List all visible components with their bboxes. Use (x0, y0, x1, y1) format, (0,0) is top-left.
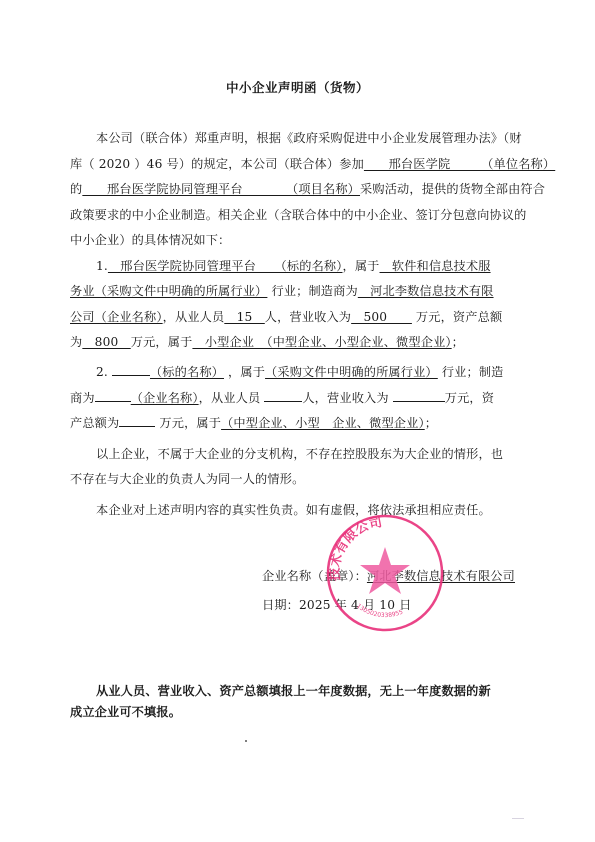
document-title: 中小企业声明函（货物） (0, 78, 595, 96)
item2-industry-suffix: 行业；制造 (442, 365, 504, 379)
item1-employees-value: 15 (224, 310, 264, 324)
item2-line3: 产总额为 万元，属于（中型企业、小型 企业、微型企业）； (70, 415, 526, 431)
date-label: 日期： (262, 598, 299, 612)
item1-assets-unit: 万元，属于 (131, 335, 193, 349)
item2-enterprise-type: （中型企业、小型 企业、微型企业） (221, 416, 425, 430)
note-line1: 从业人员、营业收入、资产总额填报上一年度数据，无上一年度数据的新 (70, 683, 552, 699)
item1-revenue-value: 500 (351, 310, 412, 324)
item2-belongs-label: ，属于 (228, 365, 265, 379)
item1-line1: 1. 邢台医学院协同管理平台 （标的名称），属于 软件和信息技术服 (70, 258, 552, 274)
item1-employees-unit: 人，营业收入为 (265, 310, 351, 324)
unit-name-field: 邢台医学院 （单位名称） (364, 157, 555, 171)
item2-manufacturer-blank (95, 390, 131, 402)
item1-line3: 公司（企业名称），从业人员 15 人，营业收入为 500 万元，资产总额 (70, 309, 526, 325)
para1-line5: 中小企业）的具体情况如下： (70, 232, 526, 248)
para2-line1: 以上企业，不属于大企业的分支机构，不存在控股股东为大企业的情形，也 (70, 446, 552, 462)
item1-industry-part2: 务业（采购文件中明确的所属行业） (70, 284, 267, 298)
item2-line2: 商为（企业名称），从业人员 人，营业收入为 万元，资 (70, 390, 526, 406)
item2-employees-blank (264, 390, 302, 402)
item2-employees-label: ，从业人员 (199, 391, 261, 405)
item1-assets-value: 800 (82, 335, 130, 349)
item1-enterprise-type: 小型企业 （中型企业、小型企业、微型企业） (192, 335, 451, 349)
item2-line1: 2. （标的名称） ，属于（采购文件中明确的所属行业） 行业；制造 (70, 364, 552, 380)
para1-line2-prefix: 库（ 2020 ）46 号）的规定，本公司（联合体）参加 (70, 157, 364, 171)
item2-assets-label: 产总额为 (70, 416, 119, 430)
item1-manufacturer-part2: 公司（企业名称） (70, 310, 163, 324)
note-line2: 成立企业可不填报。 (70, 704, 526, 720)
para3: 本企业对上述声明内容的真实性负责。如有虚假，将依法承担相应责任。 (70, 502, 552, 518)
item1-industry-suffix: 行业；制造商为 (271, 284, 357, 298)
item2-number: 2. (96, 365, 108, 379)
svg-text:1305020338955: 1305020338955 (355, 603, 404, 620)
item2-industry: （采购文件中明确的所属行业） (265, 365, 438, 379)
item2-assets-unit: 万元，属于 (159, 416, 221, 430)
para2-line2: 不存在与大企业的负责人为同一人的情形。 (70, 471, 526, 487)
item1-employees-label: ，从业人员 (163, 310, 225, 324)
para1-line4: 政策要求的中小企业制造。相关企业（含联合体中的中小企业、签订分包意向协议的 (70, 207, 526, 223)
item1-assets-label: 为 (70, 335, 82, 349)
para1-line3: 的 邢台医学院协同管理平台 （项目名称）采购活动，提供的货物全部由符合 (70, 181, 526, 197)
item2-revenue-blank (393, 390, 445, 402)
para1-line3-suffix: 采购活动，提供的货物全部由符合 (360, 182, 545, 196)
item1-belongs-label: ，属于 (343, 259, 380, 273)
item2-assets-blank (119, 415, 155, 427)
item2-subject-name: （标的名称） (150, 365, 224, 379)
item1-manufacturer-part1: 河北李数信息技术有限 (358, 284, 494, 298)
item1-revenue-unit: 万元，资产总额 (416, 310, 502, 324)
company-seal-icon: 技术有限公司 1305020338955 (325, 513, 445, 633)
para1-line2: 库（ 2020 ）46 号）的规定，本公司（联合体）参加 邢台医学院 （单位名称… (70, 156, 526, 172)
item2-subject-blank (112, 364, 150, 376)
scan-artifact-dot (245, 740, 247, 742)
item2-manufacturer: （企业名称） (131, 391, 199, 405)
item2-end: ； (425, 416, 437, 430)
scan-artifact-mark (512, 818, 524, 819)
para1-line1: 本公司（联合体）郑重声明，根据《政府采购促进中小企业发展管理办法》（财 (70, 130, 552, 146)
item1-line2: 务业（采购文件中明确的所属行业） 行业；制造商为 河北李数信息技术有限 (70, 283, 526, 299)
item1-end: ； (452, 335, 464, 349)
item2-revenue-unit: 万元，资 (445, 391, 494, 405)
item2-manufacturer-label: 商为 (70, 391, 95, 405)
document-page: 中小企业声明函（货物） 本公司（联合体）郑重声明，根据《政府采购促进中小企业发展… (0, 0, 595, 842)
item1-subject-name: 邢台医学院协同管理平台 （标的名称） (108, 259, 343, 273)
item1-industry-part1: 软件和信息技术服 (380, 259, 491, 273)
para1-line3-prefix: 的 (70, 182, 82, 196)
item2-employees-unit: 人，营业收入为 (302, 391, 388, 405)
project-name-field: 邢台医学院协同管理平台 （项目名称） (82, 182, 360, 196)
item1-line4: 为 800 万元，属于 小型企业 （中型企业、小型企业、微型企业）； (70, 334, 526, 350)
item1-number: 1. (96, 259, 108, 273)
